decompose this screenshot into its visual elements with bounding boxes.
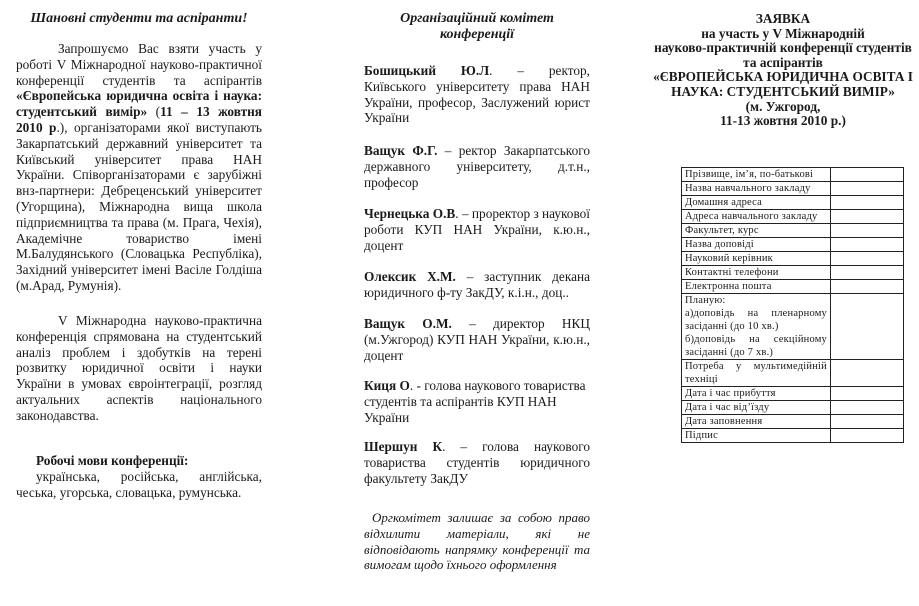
committee-title-line1: Організаційний комітет <box>364 11 590 27</box>
member-name: Киця О <box>364 378 410 393</box>
form-field-value[interactable] <box>831 224 904 238</box>
heading-line: 11-13 жовтня 2010 р.) <box>647 114 919 129</box>
form-row: Адреса навчального закладу <box>682 210 904 224</box>
languages-list: українська, російська, англійська, чеськ… <box>16 469 262 500</box>
form-field-label: Підпис <box>682 429 831 443</box>
form-row: Факультет, курс <box>682 224 904 238</box>
form-field-value[interactable] <box>831 294 904 360</box>
heading-line: (м. Ужгород, <box>647 100 919 115</box>
form-field-label: Потреба у мультимедійній техніці <box>682 360 831 387</box>
intro-paragraph: Запрошуємо Вас взяти участь у роботі V М… <box>16 41 262 294</box>
member-name: Олексик Х.М. <box>364 269 456 284</box>
committee-member: Киця О. - голова наукового товариства ст… <box>364 378 590 425</box>
committee-note: Оргкомітет залишає за собою право відхил… <box>364 510 590 573</box>
committee-member: Ващук Ф.Г. – ректор Закарпатського держа… <box>364 143 590 190</box>
committee-member: Бошицький Ю.Л. – ректор, Київського унів… <box>364 63 590 126</box>
languages-text: українська, російська, англійська, чеськ… <box>16 469 262 501</box>
form-row: Підпис <box>682 429 904 443</box>
form-field-label: Прізвище, ім’я, по-батькові <box>682 168 831 182</box>
form-row: Домашня адреса <box>682 196 904 210</box>
form-field-value[interactable] <box>831 360 904 387</box>
form-field-label: Дата і час прибуття <box>682 387 831 401</box>
form-field-value[interactable] <box>831 280 904 294</box>
form-field-value[interactable] <box>831 429 904 443</box>
application-heading: ЗАЯВКА на участь у V Міжнародній науково… <box>647 12 919 129</box>
intro-text-before: Запрошуємо Вас взяти участь у роботі V М… <box>16 41 262 88</box>
form-field-value[interactable] <box>831 252 904 266</box>
form-field-label: Назва доповіді <box>682 238 831 252</box>
form-field-value[interactable] <box>831 266 904 280</box>
committee-member: Чернецька О.В. – проректор з наукової ро… <box>364 206 590 253</box>
intro-text-after: .), організаторами якої виступають Закар… <box>16 120 262 293</box>
form-row: Науковий керівник <box>682 252 904 266</box>
form-field-value[interactable] <box>831 415 904 429</box>
form-field-label: Дата і час від’їзду <box>682 401 831 415</box>
form-row: Назва доповіді <box>682 238 904 252</box>
application-title: ЗАЯВКА <box>647 12 919 27</box>
form-field-label: Планую: а)доповідь на пленарному засідан… <box>682 294 831 360</box>
form-row: Дата і час від’їзду <box>682 401 904 415</box>
committee-title-line2: конференції <box>364 27 590 43</box>
form-field-value[interactable] <box>831 196 904 210</box>
member-name: Чернецька О.В <box>364 206 455 221</box>
member-name: Бошицький Ю.Л <box>364 63 489 78</box>
form-field-value[interactable] <box>831 182 904 196</box>
heading-line: та аспірантів <box>647 56 919 71</box>
form-row: Контактні телефони <box>682 266 904 280</box>
form-row: Планую: а)доповідь на пленарному засідан… <box>682 294 904 360</box>
form-field-label: Контактні телефони <box>682 266 831 280</box>
languages-title: Робочі мови конференції: <box>36 453 188 469</box>
form-field-value[interactable] <box>831 401 904 415</box>
form-field-value[interactable] <box>831 210 904 224</box>
form-field-label: Назва навчального закладу <box>682 182 831 196</box>
form-field-label: Адреса навчального закладу <box>682 210 831 224</box>
member-name: Ващук О.М. <box>364 316 452 331</box>
form-row: Дата і час прибуття <box>682 387 904 401</box>
heading-line: «ЄВРОПЕЙСЬКА ЮРИДИЧНА ОСВІТА І <box>647 70 919 85</box>
form-field-label: Дата заповнення <box>682 415 831 429</box>
form-field-label: Електронна пошта <box>682 280 831 294</box>
intro-paren: ( <box>147 104 160 119</box>
committee-member: Олексик Х.М. – заступник декана юридично… <box>364 269 590 301</box>
committee-member: Шершун К. – голова наукового товариства … <box>364 439 590 486</box>
form-row: Назва навчального закладу <box>682 182 904 196</box>
member-name: Ващук Ф.Г. <box>364 143 437 158</box>
form-field-value[interactable] <box>831 238 904 252</box>
form-row: Потреба у мультимедійній техніці <box>682 360 904 387</box>
heading-line: науково-практичній конференції студентів <box>647 41 919 56</box>
welcome-title: Шановні студенти та аспіранти! <box>16 11 262 27</box>
heading-line: НАУКА: СТУДЕНТСЬКИЙ ВИМІР» <box>647 85 919 100</box>
committee-title: Організаційний комітет конференції <box>364 11 590 43</box>
form-field-value[interactable] <box>831 168 904 182</box>
form-field-value[interactable] <box>831 387 904 401</box>
form-row: Прізвище, ім’я, по-батькові <box>682 168 904 182</box>
form-row: Дата заповнення <box>682 415 904 429</box>
committee-member: Ващук О.М. – директор НКЦ (м.Ужгород) КУ… <box>364 316 590 363</box>
aims-paragraph: V Міжнародна науково-практична конференц… <box>16 313 262 424</box>
form-row: Електронна пошта <box>682 280 904 294</box>
application-form-table: Прізвище, ім’я, по-батьковіНазва навчаль… <box>681 167 904 443</box>
form-field-label: Науковий керівник <box>682 252 831 266</box>
form-field-label: Домашня адреса <box>682 196 831 210</box>
member-name: Шершун К <box>364 439 442 454</box>
form-field-label: Факультет, курс <box>682 224 831 238</box>
heading-line: на участь у V Міжнародній <box>647 27 919 42</box>
